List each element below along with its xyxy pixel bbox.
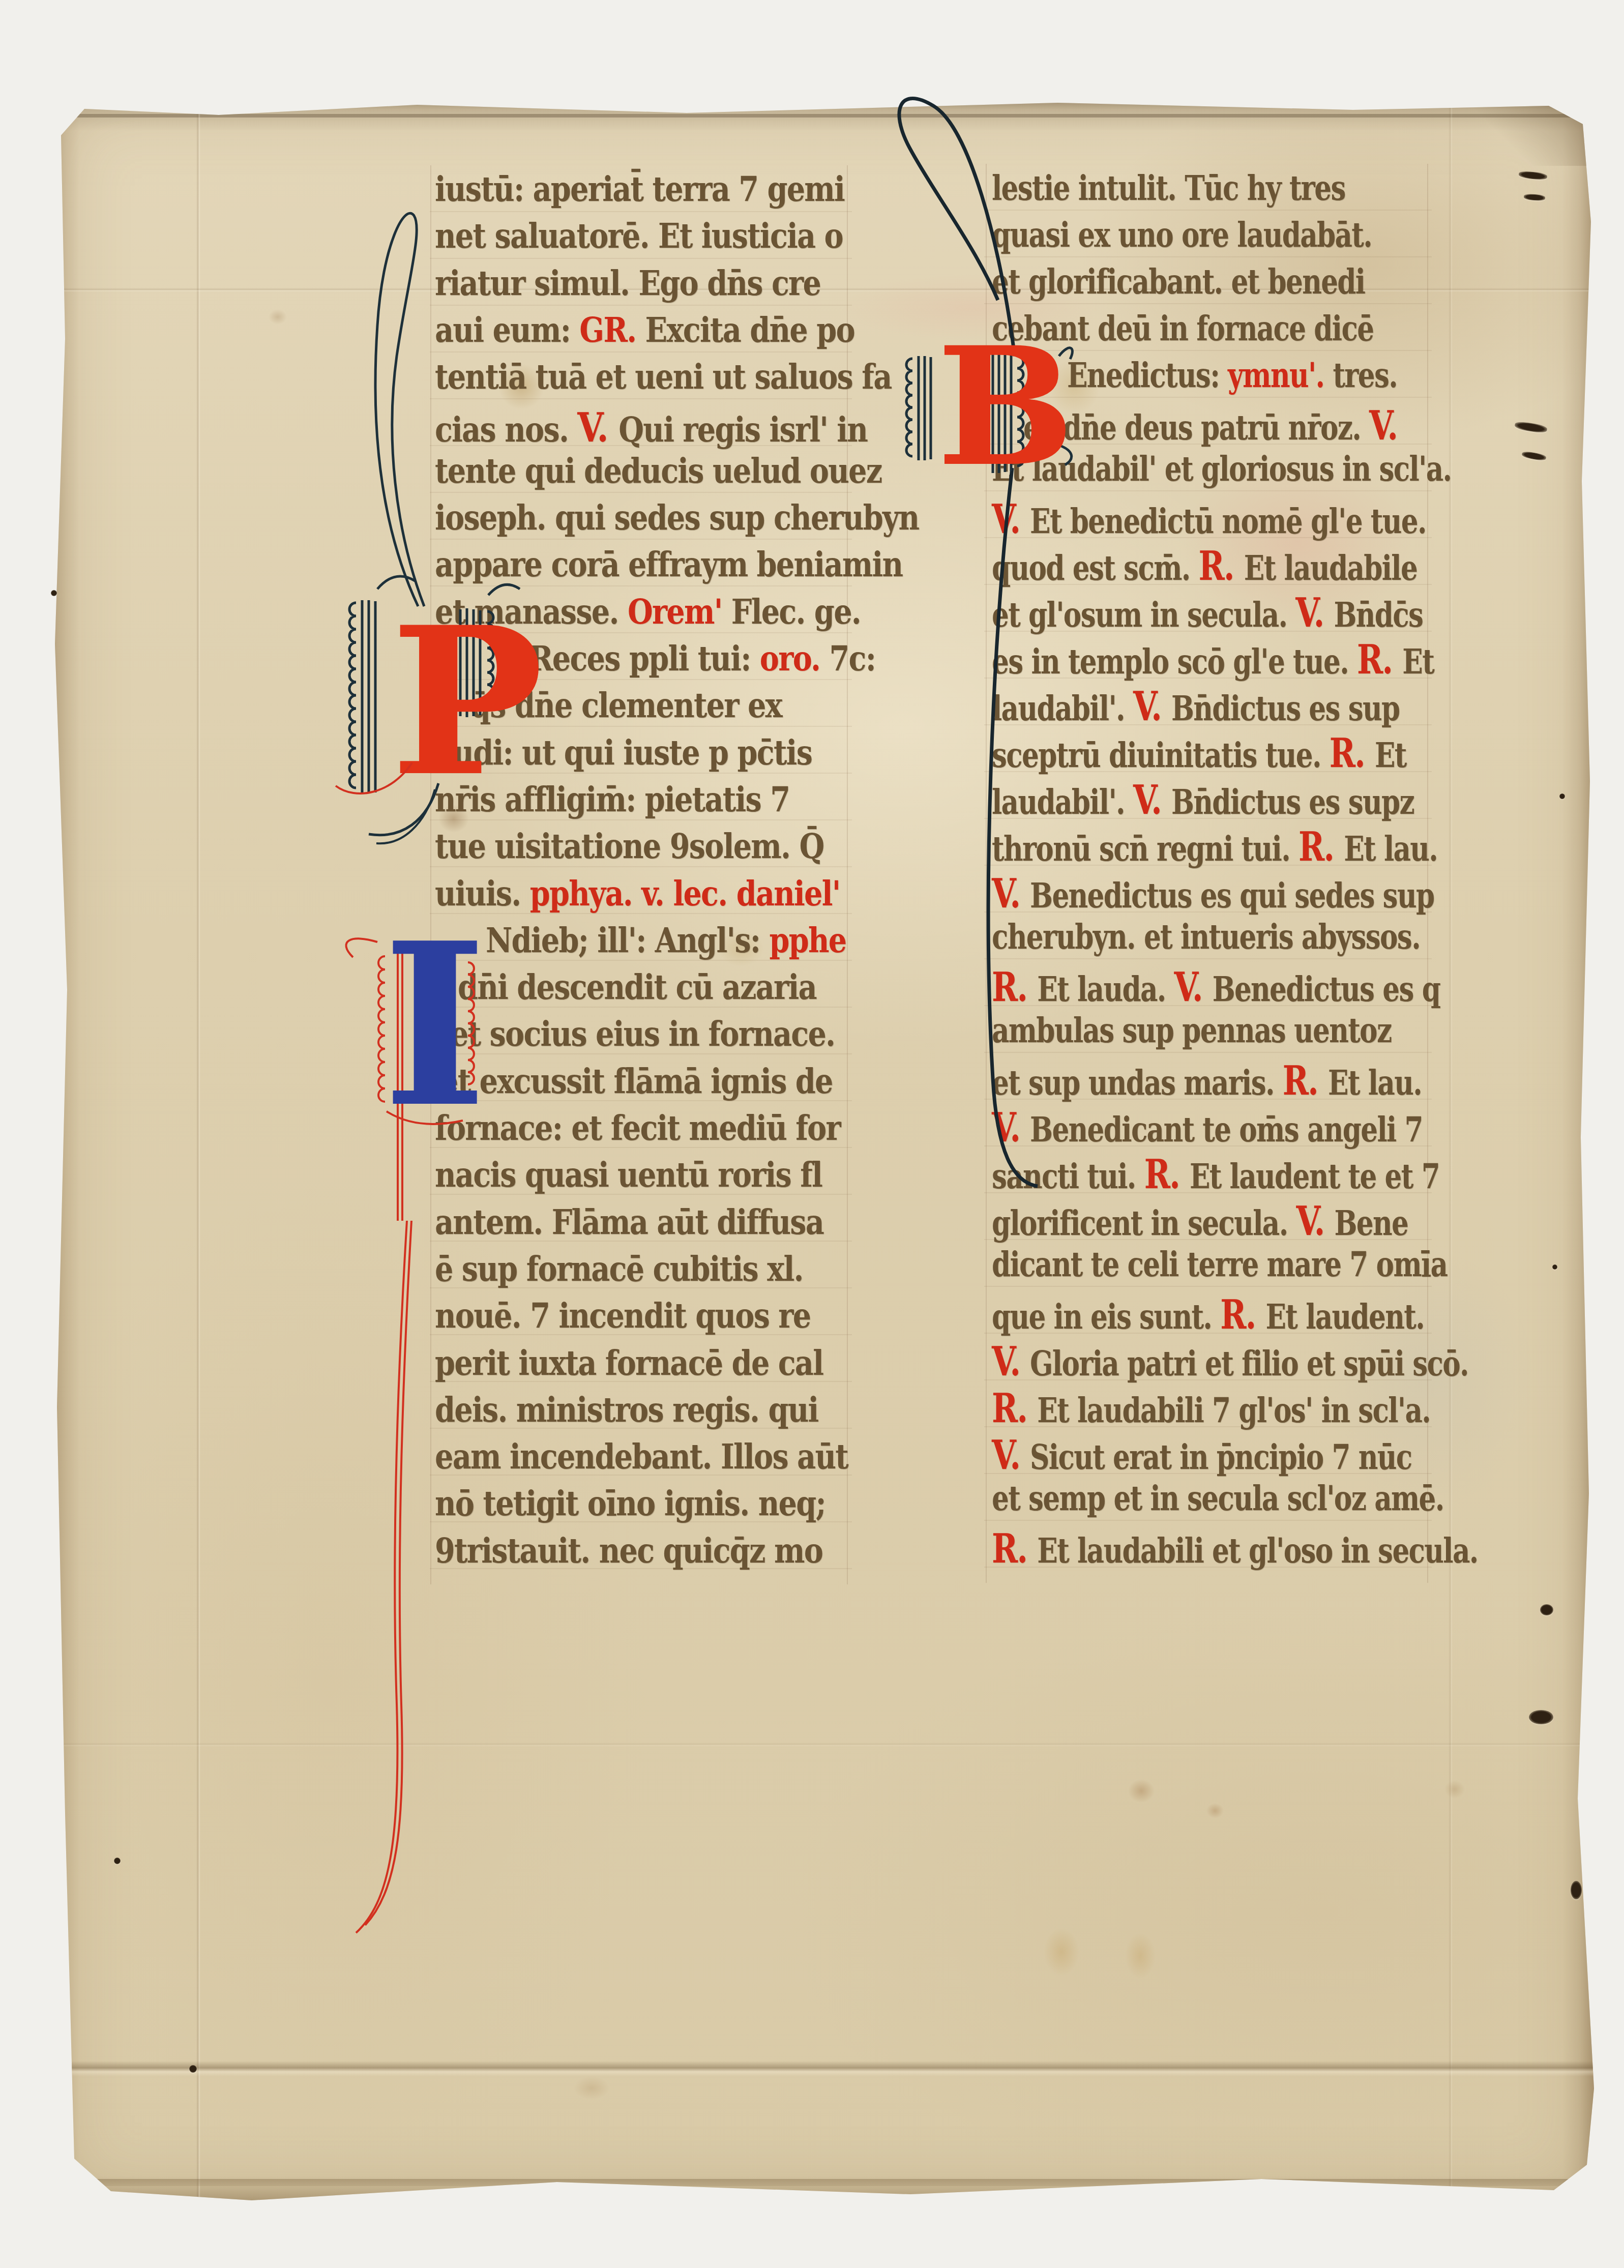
text-line: deis. ministros regis. qui: [435, 1390, 818, 1430]
text-segment: quod est scm̄.: [992, 548, 1199, 588]
text-segment: Et lau.: [1328, 1063, 1422, 1103]
text-line: antem. Flāma aūt diffusa: [435, 1202, 823, 1243]
wormhole: [1529, 1710, 1553, 1724]
text-segment: que in eis sunt.: [992, 1297, 1220, 1337]
versicle-mark: V.: [1369, 402, 1397, 449]
text-line: audi: ut qui iuste p pc̄tis: [435, 732, 812, 773]
versicle-mark: V.: [992, 495, 1030, 543]
versicle-mark: V.: [1133, 683, 1171, 730]
text-line: Enedictus: ymnu'. tres.: [1067, 355, 1397, 396]
text-segment: thronū scn̄ regni tui.: [992, 829, 1298, 869]
text-segment: dicant te celi terre mare 7 omīa: [992, 1244, 1447, 1285]
versicle-mark: V.: [1133, 776, 1171, 823]
versicle-mark: V.: [577, 404, 618, 451]
rubric-segment: Orem': [628, 592, 722, 632]
text-segment: Et laudabili 7 gl'os' in scl'a.: [1037, 1390, 1430, 1431]
stain: [1206, 1803, 1224, 1818]
text-segment: nouē. 7 incendit quos re: [435, 1295, 810, 1336]
stain: [1444, 1780, 1465, 1799]
pinhole: [1552, 1264, 1557, 1270]
text-segment: Bn̄dictus es supz: [1171, 782, 1414, 822]
versicle-mark: R.: [1357, 636, 1402, 683]
versicle-mark: V.: [1174, 963, 1213, 1011]
stain: [269, 309, 287, 325]
versicle-mark: R.: [1220, 1291, 1265, 1338]
text-line: V. Et benedictū nomē gl'e tue.: [992, 495, 1426, 543]
text-segment: laudabil'.: [992, 782, 1133, 822]
versicle-mark: V.: [1296, 1197, 1334, 1245]
text-segment: Benedicant te om̄s angeli 7: [1030, 1109, 1423, 1150]
text-line: riatur simul. Ego dn̄s cre: [435, 263, 820, 304]
text-segment: Gloria patri et filio et spūi scō.: [1030, 1343, 1468, 1384]
text-segment: Et laudabile: [1244, 548, 1417, 588]
text-line: laudabil'. V. Bn̄dictus es supz: [992, 776, 1414, 823]
text-segment: nr̄is affligim̄: pietatis 7: [435, 779, 789, 820]
text-segment: q̄s dn̄e clementer ex: [470, 685, 782, 726]
versicle-mark: V.: [992, 870, 1030, 917]
text-line: dicant te celi terre mare 7 omīa: [992, 1244, 1447, 1285]
scanner-background: { "manuscript": { "colors": { "parchment…: [0, 0, 1624, 2268]
text-line: q̄s dn̄e clementer ex: [470, 685, 782, 726]
text-segment: tue uisitatione 9solem. Q̄: [435, 826, 824, 867]
text-line: es dn̄e deus patrū nr̄oz. V.: [1023, 402, 1397, 449]
bottom-edge-lip: [71, 2179, 1577, 2186]
text-segment: deis. ministros regis. qui: [435, 1390, 818, 1430]
text-segment: Et lauda.: [1037, 969, 1174, 1010]
text-segment: audi: ut qui iuste p pc̄tis: [435, 732, 812, 773]
text-line: et gl'osum in secula. V. Bn̄dc̄s: [992, 589, 1423, 636]
text-line: cherubyn. et intueris abyssos.: [992, 917, 1420, 957]
text-segment: ambulas sup pennas uentoz: [992, 1010, 1391, 1051]
versicle-mark: R.: [1144, 1151, 1190, 1198]
stain: [1044, 1928, 1079, 1976]
text-segment: Et: [1375, 735, 1406, 776]
text-segment: Et benedictū nomē gl'e tue.: [1030, 501, 1426, 542]
text-line: et semp et in secula scl'oz amē.: [992, 1478, 1444, 1519]
pinhole: [189, 2065, 197, 2073]
text-segment: Bn̄dictus es sup: [1171, 688, 1400, 729]
text-line: V. Sicut erat in p̄ncipio 7 nūc: [992, 1431, 1411, 1479]
text-line: net saluatorē. Et iusticia o: [435, 216, 843, 256]
leaf-top-fold-edge: [51, 95, 1598, 131]
text-line: tente qui deducis uelud ouez: [435, 451, 881, 491]
text-line: sancti tui. R. Et laudent te et 7: [992, 1151, 1439, 1198]
stain: [1128, 1779, 1155, 1803]
text-segment: sancti tui.: [992, 1156, 1144, 1197]
text-segment: et socius eius in fornace.: [450, 1014, 835, 1054]
text-segment: Et laudabili et gl'oso in secula.: [1037, 1530, 1478, 1571]
text-segment: Ndieb; ill': Angl's:: [486, 920, 769, 961]
versicle-mark: R.: [1199, 542, 1244, 590]
text-line: V. Benedictus es qui sedes sup: [992, 870, 1434, 917]
text-line: R. Et laudabili et gl'oso in secula.: [992, 1525, 1478, 1572]
text-line: glorificent in secula. V. Bene: [992, 1197, 1408, 1245]
text-line: et glorificabant. et benedi: [992, 261, 1365, 302]
text-segment: ioseph. qui sedes sup cherubyn: [435, 497, 919, 538]
text-line: que in eis sunt. R. Et laudent.: [992, 1291, 1424, 1338]
text-segment: eam incendebant. Illos aūt: [435, 1436, 848, 1477]
text-line: cebant deū in fornace dicē: [992, 308, 1373, 349]
rubric-segment: GR.: [579, 310, 636, 350]
text-line: lestie intulit. Tūc hy tres: [992, 168, 1345, 209]
text-segment: 7c:: [820, 638, 875, 679]
text-line: Ndieb; ill': Angl's: pphe: [486, 920, 846, 961]
text-segment: et excussit flāmā ignis de: [440, 1061, 833, 1102]
text-segment: quasi ex uno ore laudabāt.: [992, 215, 1372, 255]
versicle-mark: V.: [992, 1104, 1030, 1151]
text-segment: Bn̄dc̄s: [1334, 595, 1423, 635]
text-segment: perit iuxta fornacē de cal: [435, 1343, 823, 1383]
text-line: Reces ppli tui: oro. 7c:: [529, 638, 875, 679]
text-segment: et gl'osum in secula.: [992, 595, 1295, 635]
text-line: R. Et laudabili 7 gl'os' in scl'a.: [992, 1385, 1430, 1432]
text-segment: es in templo scō gl'e tue.: [992, 641, 1357, 682]
ruling-line: [986, 164, 987, 1583]
versicle-mark: R.: [1283, 1057, 1328, 1104]
versicle-mark: R.: [992, 1525, 1037, 1572]
versicle-mark: R.: [1298, 823, 1344, 870]
text-line: cias nos. V. Qui regis isrl' in: [435, 404, 867, 451]
vertical-crease: [1449, 95, 1453, 2206]
text-line: R. Et lauda. V. Benedictus es q: [992, 963, 1440, 1011]
text-line: appare corā effraym beniamin: [435, 544, 902, 585]
versicle-mark: R.: [992, 1385, 1037, 1432]
rubric-segment: oro.: [760, 638, 820, 679]
text-segment: lestie intulit. Tūc hy tres: [992, 168, 1345, 209]
text-segment: dn̄i descendit cū azaria: [458, 967, 816, 1008]
text-segment: sceptrū diuinitatis tue.: [992, 735, 1330, 776]
text-segment: Reces ppli tui:: [529, 638, 760, 679]
text-line: perit iuxta fornacē de cal: [435, 1343, 823, 1383]
text-column-right: lestie intulit. Tūc hy tresquasi ex uno …: [992, 168, 1434, 1587]
text-line: eam incendebant. Illos aūt: [435, 1436, 848, 1477]
text-line: ambulas sup pennas uentoz: [992, 1010, 1391, 1051]
text-line: uiuis. pphya. v. lec. daniel': [435, 873, 840, 914]
versicle-mark: R.: [992, 963, 1037, 1011]
text-segment: Et laudent.: [1265, 1297, 1424, 1337]
text-segment: Benedictus es qui sedes sup: [1030, 875, 1434, 916]
text-line: sceptrū diuinitatis tue. R. Et: [992, 729, 1406, 777]
pinhole: [51, 590, 57, 596]
stain: [574, 2076, 609, 2100]
text-line: quod est scm̄. R. Et laudabile: [992, 542, 1417, 590]
text-line: et sup undas maris. R. Et lau.: [992, 1057, 1422, 1104]
text-line: et socius eius in fornace.: [450, 1014, 835, 1054]
text-line: tue uisitatione 9solem. Q̄: [435, 826, 824, 867]
text-line: et excussit flāmā ignis de: [440, 1061, 833, 1102]
text-segment: antem. Flāma aūt diffusa: [435, 1202, 823, 1243]
text-segment: net saluatorē. Et iusticia o: [435, 216, 843, 256]
pinhole: [114, 1858, 121, 1864]
text-segment: Flec. ge.: [722, 592, 861, 632]
text-line: nacis quasi uentū roris fl: [435, 1155, 822, 1195]
pinhole: [1559, 793, 1565, 799]
text-segment: tentiā tuā et ueni ut saluos fa: [435, 357, 891, 397]
text-segment: cebant deū in fornace dicē: [992, 308, 1373, 349]
text-line: nouē. 7 incendit quos re: [435, 1295, 810, 1336]
text-segment: Et lau.: [1344, 829, 1437, 869]
text-segment: aui eum:: [435, 310, 579, 350]
text-line: V. Benedicant te om̄s angeli 7: [992, 1104, 1423, 1151]
text-segment: et semp et in secula scl'oz amē.: [992, 1478, 1444, 1519]
text-segment: nō tetigit oīno ignis. neq;: [435, 1483, 825, 1524]
text-line: 9tristauit. nec quicq̄z mo: [435, 1530, 822, 1571]
bottom-fold-crease: [51, 2061, 1598, 2076]
leaf-left-edge: [51, 95, 79, 2206]
text-segment: appare corā effraym beniamin: [435, 544, 902, 585]
text-segment: riatur simul. Ego dn̄s cre: [435, 263, 820, 304]
text-segment: tres.: [1324, 355, 1398, 396]
text-line: dn̄i descendit cū azaria: [458, 967, 816, 1008]
text-segment: iustū: aperiat̄ terra 7 gemi: [435, 169, 844, 210]
text-segment: tente qui deducis uelud ouez: [435, 451, 881, 491]
text-segment: Excita dn̄e po: [636, 310, 854, 350]
text-segment: Enedictus:: [1067, 355, 1228, 396]
leaf-top-right-corner-shadow: [1456, 95, 1598, 166]
rubric-segment: ymnu'.: [1228, 355, 1324, 396]
versicle-mark: R.: [1330, 729, 1375, 777]
text-line: nō tetigit oīno ignis. neq;: [435, 1483, 825, 1524]
text-segment: et glorificabant. et benedi: [992, 261, 1365, 302]
text-line: iustū: aperiat̄ terra 7 gemi: [435, 169, 844, 210]
text-line: tentiā tuā et ueni ut saluos fa: [435, 357, 891, 397]
text-line: es in templo scō gl'e tue. R. Et: [992, 636, 1434, 683]
text-segment: es dn̄e deus patrū nr̄oz.: [1023, 407, 1369, 448]
text-line: Et laudabil' et gloriosus in scl'a.: [992, 449, 1452, 489]
text-segment: cias nos.: [435, 409, 577, 450]
text-segment: cherubyn. et intueris abyssos.: [992, 917, 1420, 957]
text-segment: Bene: [1335, 1203, 1408, 1244]
text-segment: Et: [1402, 641, 1434, 682]
text-line: ioseph. qui sedes sup cherubyn: [435, 497, 919, 538]
versicle-mark: V.: [1295, 589, 1334, 636]
horizontal-crease: [51, 1743, 1598, 1747]
text-segment: 9tristauit. nec quicq̄z mo: [435, 1530, 822, 1571]
text-line: quasi ex uno ore laudabāt.: [992, 215, 1372, 255]
text-column-left: iustū: aperiat̄ terra 7 geminet saluator…: [435, 169, 852, 1588]
text-line: ē sup fornacē cubitis xl.: [435, 1249, 803, 1289]
versicle-mark: V.: [992, 1431, 1030, 1479]
leaf-top-fold-ridge: [51, 114, 1598, 117]
text-segment: uiuis.: [435, 873, 530, 914]
text-line: fornace: et fecit mediū for: [435, 1108, 840, 1148]
text-line: aui eum: GR. Excita dn̄e po: [435, 310, 854, 350]
vertical-crease: [196, 95, 200, 2206]
edge-chip: [1540, 1604, 1553, 1615]
versicle-mark: V.: [992, 1338, 1030, 1385]
ruling-line: [430, 165, 431, 1584]
text-segment: fornace: et fecit mediū for: [435, 1108, 840, 1148]
text-segment: ē sup fornacē cubitis xl.: [435, 1249, 803, 1289]
rubric-segment: pphe: [769, 920, 846, 961]
text-line: nr̄is affligim̄: pietatis 7: [435, 779, 789, 820]
text-line: laudabil'. V. Bn̄dictus es sup: [992, 683, 1400, 730]
stain: [1125, 1933, 1156, 1979]
text-segment: Benedictus es q: [1213, 969, 1440, 1010]
text-line: et manasse. Orem' Flec. ge.: [435, 592, 861, 632]
text-segment: et manasse.: [435, 592, 628, 632]
text-segment: laudabil'.: [992, 688, 1133, 729]
rubric-segment: pphya. v. lec. daniel': [530, 873, 840, 914]
text-segment: glorificent in secula.: [992, 1203, 1296, 1244]
text-segment: Et laudabil' et gloriosus in scl'a.: [992, 449, 1452, 489]
text-line: thronū scn̄ regni tui. R. Et lau.: [992, 823, 1437, 870]
text-segment: Sicut erat in p̄ncipio 7 nūc: [1030, 1437, 1411, 1478]
text-segment: Qui regis isrl' in: [618, 409, 867, 450]
text-segment: Et laudent te et 7: [1190, 1156, 1439, 1197]
text-segment: nacis quasi uentū roris fl: [435, 1155, 822, 1195]
edge-chip: [1571, 1881, 1582, 1899]
text-segment: et sup undas maris.: [992, 1063, 1283, 1103]
text-line: V. Gloria patri et filio et spūi scō.: [992, 1338, 1468, 1385]
